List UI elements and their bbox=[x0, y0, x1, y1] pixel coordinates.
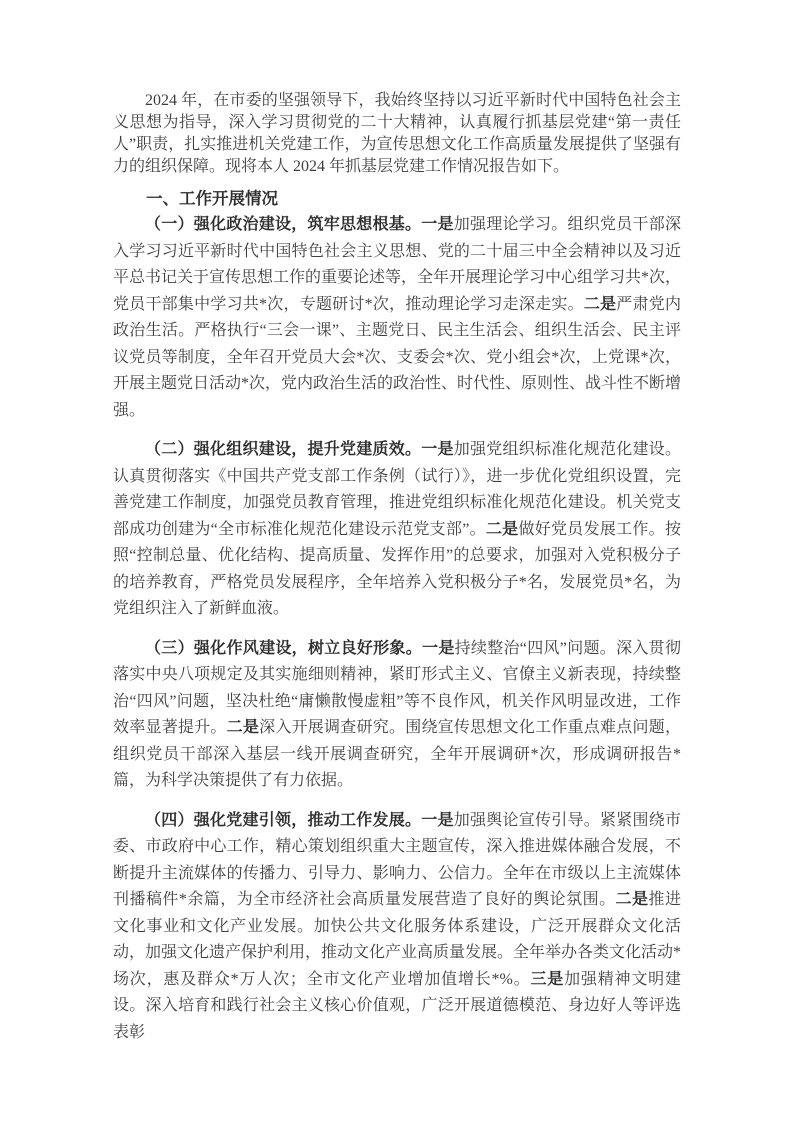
section-1-item-1-marker: 一是 bbox=[421, 216, 454, 233]
section-2-item-2-marker: 二是 bbox=[486, 521, 519, 538]
section-2-item-1-marker: 一是 bbox=[421, 441, 454, 458]
section-paragraph-2: （二）强化组织建设，提升党建质效。一是加强党组织标准化规范化建设。认真贯彻落实《… bbox=[113, 437, 681, 623]
section-1-item-2-marker: 二是 bbox=[584, 296, 616, 313]
section-4-item-2-marker: 二是 bbox=[616, 891, 649, 908]
section-1-item-2-text: 严肃党内政治生活。严格执行“三会一课”、主题党日、民主生活会、组织生活会、民主评… bbox=[113, 296, 681, 419]
section-paragraph-3: （三）强化作风建设，树立良好形象。一是持续整治“四风”问题。深入贯彻落实中央八项… bbox=[113, 636, 681, 795]
document-page: 2024 年，在市委的坚强领导下，我始终坚持以习近平新时代中国特色社会主义思想为… bbox=[0, 0, 793, 1122]
section-2-title: （二）强化组织建设，提升党建质效。 bbox=[145, 441, 421, 458]
section-paragraph-1: （一）强化政治建设，筑牢思想根基。一是加强理论学习。组织党员干部深入学习习近平新… bbox=[113, 212, 681, 424]
section-1-title: （一）强化政治建设，筑牢思想根基。 bbox=[145, 216, 421, 233]
section-4-item-3-marker: 三是 bbox=[531, 971, 565, 988]
section-3-item-1-marker: 一是 bbox=[422, 640, 455, 657]
section-paragraph-4: （四）强化党建引领，推动工作发展。一是加强舆论宣传引导。紧紧围绕市委、市政府中心… bbox=[113, 808, 681, 1047]
section-4-item-1-marker: 一是 bbox=[421, 812, 454, 829]
section-4-title: （四）强化党建引领，推动工作发展。 bbox=[145, 812, 421, 829]
section-3-title: （三）强化作风建设，树立良好形象。 bbox=[145, 640, 422, 657]
document-body: 2024 年，在市委的坚强领导下，我始终坚持以习近平新时代中国特色社会主义思想为… bbox=[113, 90, 681, 1059]
heading-work-progress: 一、工作开展情况 bbox=[113, 186, 681, 212]
intro-paragraph: 2024 年，在市委的坚强领导下，我始终坚持以习近平新时代中国特色社会主义思想为… bbox=[113, 90, 681, 178]
section-3-item-2-marker: 二是 bbox=[227, 719, 259, 736]
